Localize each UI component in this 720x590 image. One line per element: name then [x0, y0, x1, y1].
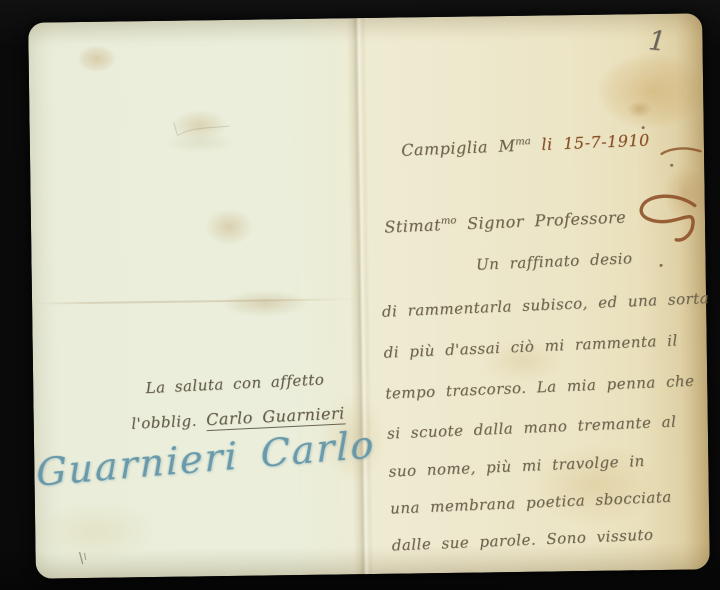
- scan-background: 1 Campiglia Mma li 15-7-1910 Stimatmo Si…: [0, 0, 720, 590]
- body-line: di più d'assai ciò mi rammenta il: [383, 331, 678, 361]
- closing-prefix: l'obblig.: [131, 412, 197, 433]
- letter-paper: 1 Campiglia Mma li 15-7-1910 Stimatmo Si…: [28, 13, 710, 578]
- horizontal-fold-crease: [36, 298, 358, 304]
- page-number: 1: [647, 25, 667, 57]
- letter-salutation: Stimatmo Signor Professore: [384, 207, 626, 236]
- body-line: tempo trascorso. La mia penna che: [385, 372, 695, 403]
- heading-place-superscript: ma: [515, 136, 531, 148]
- blue-pencil-signature: Guarnieri Carlo: [36, 421, 387, 495]
- date-flourish-stroke: [659, 142, 704, 158]
- body-line: di rammentarla subisco, ed una sorta: [382, 289, 710, 321]
- body-line: una membrana poetica sbocciata: [390, 488, 672, 518]
- body-line: Un raffinato desio: [476, 249, 633, 274]
- center-fold-crease: [346, 18, 374, 574]
- paper-speck: [642, 126, 645, 129]
- body-line: dalle sue parole. Sono vissuto: [391, 526, 653, 555]
- paper-speck: [660, 264, 663, 267]
- brown-ink-hook-mark: [631, 189, 706, 252]
- letter-heading: Campiglia Mma li 15-7-1910: [401, 130, 650, 159]
- pencil-smudge: [167, 116, 237, 143]
- pencil-tick-mark: [76, 550, 90, 568]
- closing-line: La saluta con affetto: [145, 370, 325, 397]
- heading-place: Campiglia M: [401, 136, 516, 160]
- paper-speck: [670, 164, 673, 167]
- salutation-rest: Signor Professore: [456, 207, 626, 233]
- letter-closing: La saluta con affetto l'obblig. Carlo Gu…: [129, 367, 389, 380]
- heading-date: li 15-7-1910: [541, 130, 650, 154]
- salutation-superscript: mo: [441, 215, 457, 227]
- body-line: si scuote dalla mano tremante al: [387, 413, 677, 443]
- body-line: suo nome, più mi travolge in: [388, 452, 645, 481]
- salutation-main: Stimat: [384, 215, 441, 236]
